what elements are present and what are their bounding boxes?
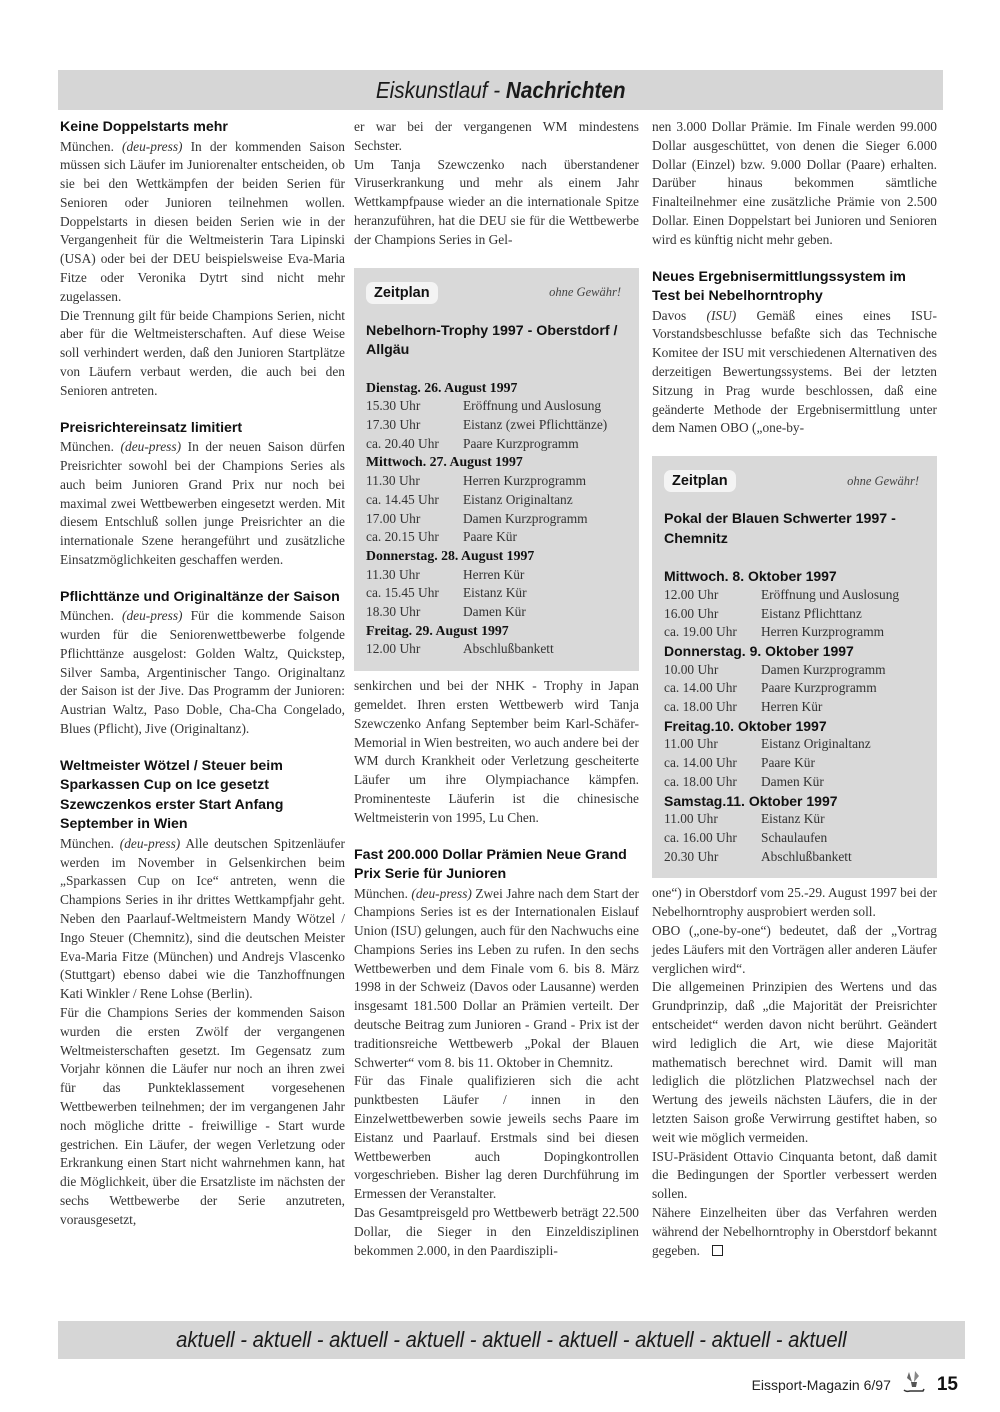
- schedule-row: ca. 18.00 UhrDamen Kür: [664, 773, 925, 792]
- schedule-disclaimer: ohne Gewähr!: [549, 285, 627, 300]
- schedule-row: 12.00 UhrEröffnung und Auslosung: [664, 586, 925, 605]
- section-title-light: Eiskunstlauf -: [376, 77, 506, 103]
- article-paragraph: Für das Finale qualifizieren sich die ac…: [354, 1072, 639, 1204]
- schedule-time: ca. 18.00 Uhr: [664, 698, 761, 717]
- schedule-row: 17.30 UhrEistanz (zwei Pflichttänze): [366, 416, 627, 435]
- schedule-row: 11.30 UhrHerren Kür: [366, 566, 627, 585]
- schedule-time: 17.00 Uhr: [366, 510, 463, 529]
- article-paragraph: Die Trennung gilt für beide Champions Se…: [60, 307, 345, 401]
- schedule-row: 11.30 UhrHerren Kurzprogramm: [366, 472, 627, 491]
- paragraph-text: Alle deutschen Spitzenläufer werden im N…: [60, 836, 345, 1001]
- schedule-day-heading: Freitag. 29. August 1997: [366, 622, 627, 641]
- headline-preisrichtereinsatz: Preisrichtereinsatz limitiert: [60, 419, 345, 439]
- article-paragraph: Für die Champions Series der kommenden S…: [60, 1004, 345, 1230]
- schedule-event: Eröffnung und Auslosung: [463, 397, 601, 416]
- article-paragraph: senkirchen und bei der NHK - Trophy in J…: [354, 677, 639, 827]
- schedule-event: Herren Kür: [761, 698, 822, 717]
- schedule-time: ca. 15.45 Uhr: [366, 584, 463, 603]
- article-paragraph: nen 3.000 Dollar Prämie. Im Finale werde…: [652, 118, 937, 250]
- article-paragraph: OBO („one-by-one“) bedeutet, daß der „Vo…: [652, 922, 937, 978]
- schedule-time: ca. 19.00 Uhr: [664, 623, 761, 642]
- paragraph-text: Gemäß eines eines ISU-Vorstandsbeschluss…: [652, 308, 937, 436]
- aktuell-banner-text: aktuell - aktuell - aktuell - aktuell - …: [176, 1327, 846, 1353]
- article-paragraph: Das Gesamtpreisgeld pro Wettbewerb beträ…: [354, 1204, 639, 1260]
- schedule-event: Paare Kür: [761, 754, 815, 773]
- headline-weltmeister-woetzel: Weltmeister Wötzel / Steuer beim Sparkas…: [60, 757, 345, 835]
- schedule-time: 12.00 Uhr: [366, 640, 463, 659]
- source-tag: (ISU): [706, 308, 736, 323]
- aktuell-banner: aktuell - aktuell - aktuell - aktuell - …: [58, 1321, 965, 1359]
- schedule-day-heading: Donnerstag. 9. Oktober 1997: [664, 642, 925, 661]
- schedule-event: Herren Kür: [463, 566, 524, 585]
- schedule-disclaimer: ohne Gewähr!: [847, 474, 925, 489]
- schedule-time: 12.00 Uhr: [664, 586, 761, 605]
- schedule-time: 16.00 Uhr: [664, 605, 761, 624]
- schedule-title: Nebelhorn-Trophy 1997 - Oberstdorf / All…: [366, 322, 627, 361]
- schedule-row: 11.00 UhrEistanz Kür: [664, 810, 925, 829]
- schedule-event: Eröffnung und Auslosung: [761, 586, 899, 605]
- schedule-time: 17.30 Uhr: [366, 416, 463, 435]
- dateline: München.: [354, 886, 411, 901]
- schedule-time: ca. 16.00 Uhr: [664, 829, 761, 848]
- schedule-event: Damen Kür: [463, 603, 526, 622]
- schedule-day-heading: Mittwoch. 8. Oktober 1997: [664, 567, 925, 586]
- schedule-event: Eistanz (zwei Pflichttänze): [463, 416, 607, 435]
- paragraph-text: Nähere Einzelheiten über das Verfahren w…: [652, 1205, 937, 1258]
- schedule-event: Herren Kurzprogramm: [463, 472, 586, 491]
- schedule-event: Paare Kurzprogramm: [761, 679, 877, 698]
- schedule-box-pokal: Zeitplan ohne Gewähr! Pokal der Blauen S…: [652, 456, 937, 878]
- article-paragraph: München. (deu-press) Alle deutschen Spit…: [60, 835, 345, 1004]
- source-tag: (deu-press): [122, 139, 183, 154]
- schedule-day-heading: Mittwoch. 27. August 1997: [366, 453, 627, 472]
- source-tag: (deu-press): [122, 608, 183, 623]
- skater-logo-icon: [901, 1370, 927, 1399]
- article-paragraph: München. (deu-press) Für die kommende Sa…: [60, 607, 345, 739]
- headline-fast-200000-dollar: Fast 200.000 Dollar Prämien Neue Grand P…: [354, 846, 639, 885]
- schedule-days: Mittwoch. 8. Oktober 199712.00 UhrEröffn…: [664, 567, 925, 866]
- schedule-event: Schaulaufen: [761, 829, 827, 848]
- schedule-time: 11.00 Uhr: [664, 810, 761, 829]
- schedule-time: 18.30 Uhr: [366, 603, 463, 622]
- schedule-event: Eistanz Originaltanz: [463, 491, 573, 510]
- paragraph-text: In der neuen Saison dürfen Preisrichter …: [60, 439, 345, 567]
- source-tag: (deu-press): [121, 439, 182, 454]
- schedule-day-heading: Freitag.10. Oktober 1997: [664, 717, 925, 736]
- column-2: er war bei der vergangenen WM mindestens…: [354, 118, 639, 1260]
- schedule-row: 11.00 UhrEistanz Originaltanz: [664, 735, 925, 754]
- schedule-event: Eistanz Originaltanz: [761, 735, 871, 754]
- section-title: Eiskunstlauf - Nachrichten: [376, 77, 626, 104]
- schedule-row: 15.30 UhrEröffnung und Auslosung: [366, 397, 627, 416]
- article-paragraph: Die allgemeinen Prinzipien des Wertens u…: [652, 978, 937, 1147]
- schedule-event: Damen Kurzprogramm: [761, 661, 886, 680]
- schedule-row: 16.00 UhrEistanz Pflichttanz: [664, 605, 925, 624]
- schedule-row: ca. 14.45 UhrEistanz Originaltanz: [366, 491, 627, 510]
- schedule-row: ca. 19.00 UhrHerren Kurzprogramm: [664, 623, 925, 642]
- dateline: München.: [60, 439, 121, 454]
- article-paragraph: München. (deu-press) Zwei Jahre nach dem…: [354, 885, 639, 1073]
- article-paragraph: München. (deu-press) In der kommenden Sa…: [60, 138, 345, 307]
- schedule-day-heading: Dienstag. 26. August 1997: [366, 379, 627, 398]
- paragraph-text: Zwei Jahre nach dem Start der Champions …: [354, 886, 639, 1070]
- schedule-box-nebelhorn: Zeitplan ohne Gewähr! Nebelhorn-Trophy 1…: [354, 268, 639, 672]
- schedule-time: 20.30 Uhr: [664, 848, 761, 867]
- article-paragraph: er war bei der vergangenen WM mindestens…: [354, 118, 639, 156]
- schedule-event: Eistanz Kür: [761, 810, 825, 829]
- schedule-event: Damen Kurzprogramm: [463, 510, 588, 529]
- schedule-row: 20.30 UhrAbschlußbankett: [664, 848, 925, 867]
- article-paragraph: Davos (ISU) Gemäß eines eines ISU-Vorsta…: [652, 307, 937, 439]
- magazine-issue: Eissport-Magazin 6/97: [752, 1377, 891, 1393]
- dateline: München.: [60, 608, 122, 623]
- page-footer: Eissport-Magazin 6/97 15: [752, 1370, 958, 1399]
- section-title-bold: Nachrichten: [506, 77, 626, 103]
- schedule-day-heading: Donnerstag. 28. August 1997: [366, 547, 627, 566]
- article-paragraph: one“) in Oberstdorf vom 25.-29. August 1…: [652, 884, 937, 922]
- paragraph-text: In der kommenden Saison müssen sich Läuf…: [60, 139, 345, 304]
- schedule-row: 12.00 UhrAbschlußbankett: [366, 640, 627, 659]
- schedule-label: Zeitplan: [366, 282, 438, 304]
- headline-pflichttaenze: Pflichttänze und Originaltänze der Saiso…: [60, 588, 345, 608]
- headline-neues-ergebnissystem: Neues Ergebnisermittlungssystem im Test …: [652, 268, 937, 307]
- schedule-time: ca. 20.40 Uhr: [366, 435, 463, 454]
- headline-keine-doppelstarts: Keine Doppelstarts mehr: [60, 118, 345, 138]
- schedule-time: 11.30 Uhr: [366, 566, 463, 585]
- article-paragraph: Nähere Einzelheiten über das Verfahren w…: [652, 1204, 937, 1260]
- schedule-day-heading: Samstag.11. Oktober 1997: [664, 792, 925, 811]
- schedule-event: Damen Kür: [761, 773, 824, 792]
- schedule-time: 11.00 Uhr: [664, 735, 761, 754]
- schedule-event: Eistanz Pflichttanz: [761, 605, 862, 624]
- schedule-time: 10.00 Uhr: [664, 661, 761, 680]
- schedule-label: Zeitplan: [664, 470, 736, 492]
- schedule-row: 17.00 UhrDamen Kurzprogramm: [366, 510, 627, 529]
- column-3: nen 3.000 Dollar Prämie. Im Finale werde…: [652, 118, 937, 1260]
- schedule-row: ca. 15.45 UhrEistanz Kür: [366, 584, 627, 603]
- section-header-bar: Eiskunstlauf - Nachrichten: [58, 70, 943, 110]
- schedule-event: Abschlußbankett: [463, 640, 554, 659]
- schedule-event: Abschlußbankett: [761, 848, 852, 867]
- column-1: Keine Doppelstarts mehr München. (deu-pr…: [60, 118, 345, 1230]
- schedule-event: Paare Kurzprogramm: [463, 435, 579, 454]
- schedule-time: ca. 14.00 Uhr: [664, 754, 761, 773]
- schedule-time: ca. 14.45 Uhr: [366, 491, 463, 510]
- schedule-row: ca. 20.40 UhrPaare Kurzprogramm: [366, 435, 627, 454]
- source-tag: (deu-press): [120, 836, 181, 851]
- schedule-event: Herren Kurzprogramm: [761, 623, 884, 642]
- dateline: Davos: [652, 308, 706, 323]
- schedule-row: 10.00 UhrDamen Kurzprogramm: [664, 661, 925, 680]
- source-tag: (deu-press): [411, 886, 472, 901]
- article-paragraph: ISU-Präsident Ottavio Cinquanta betont, …: [652, 1148, 937, 1204]
- paragraph-text: Für die kommende Saison wurden für die S…: [60, 608, 345, 736]
- schedule-row: ca. 18.00 UhrHerren Kür: [664, 698, 925, 717]
- schedule-row: 18.30 UhrDamen Kür: [366, 603, 627, 622]
- schedule-time: 15.30 Uhr: [366, 397, 463, 416]
- schedule-event: Paare Kür: [463, 528, 517, 547]
- schedule-row: ca. 16.00 UhrSchaulaufen: [664, 829, 925, 848]
- dateline: München.: [60, 836, 120, 851]
- article-paragraph: München. (deu-press) In der neuen Saison…: [60, 438, 345, 570]
- schedule-time: ca. 14.00 Uhr: [664, 679, 761, 698]
- article-paragraph: Um Tanja Szewczenko nach überstandener V…: [354, 156, 639, 250]
- dateline: München.: [60, 139, 122, 154]
- end-of-article-square-icon: [712, 1245, 723, 1256]
- schedule-row: ca. 20.15 UhrPaare Kür: [366, 528, 627, 547]
- page-number: 15: [937, 1374, 958, 1396]
- schedule-row: ca. 14.00 UhrPaare Kür: [664, 754, 925, 773]
- schedule-event: Eistanz Kür: [463, 584, 527, 603]
- schedule-title: Pokal der Blauen Schwerter 1997 - Chemni…: [664, 510, 925, 549]
- schedule-time: 11.30 Uhr: [366, 472, 463, 491]
- schedule-time: ca. 18.00 Uhr: [664, 773, 761, 792]
- schedule-days: Dienstag. 26. August 199715.30 UhrEröffn…: [366, 379, 627, 660]
- schedule-time: ca. 20.15 Uhr: [366, 528, 463, 547]
- schedule-row: ca. 14.00 UhrPaare Kurzprogramm: [664, 679, 925, 698]
